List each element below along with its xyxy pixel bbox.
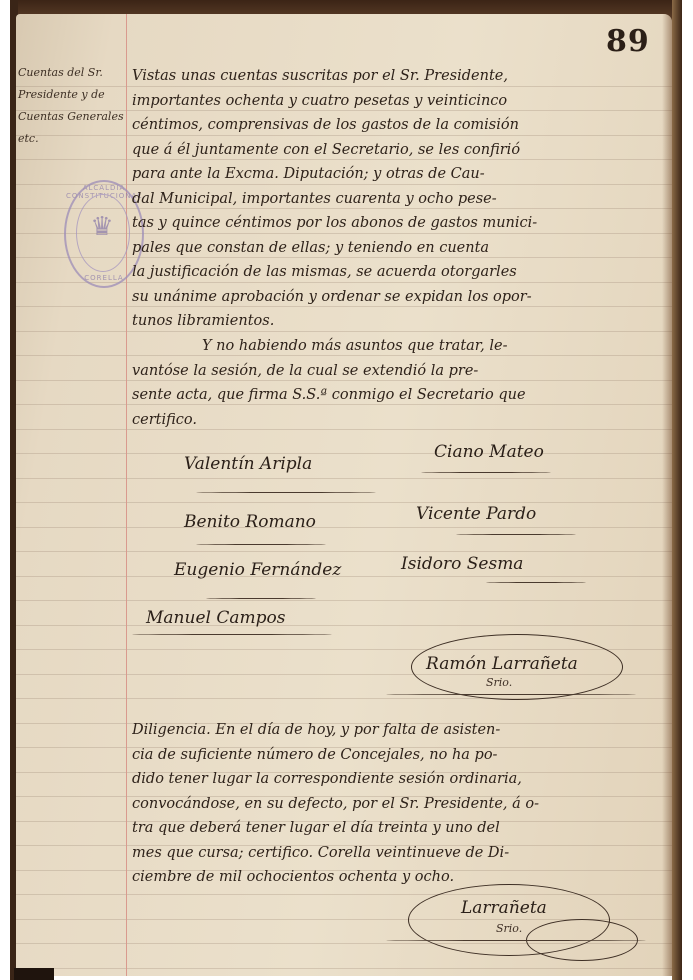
text-line: Vistas unas cuentas suscritas por el Sr.…: [132, 64, 666, 89]
text-line: convocándose, en su defecto, por el Sr. …: [132, 792, 666, 817]
book-edge-right: [672, 0, 682, 980]
signature-manuel-campos: Manuel Campos: [146, 608, 285, 628]
text-line: la justificación de las mismas, se acuer…: [132, 260, 666, 285]
text-line: importantes ochenta y cuatro pesetas y v…: [132, 89, 666, 114]
ruled-line: [16, 502, 672, 503]
signature-flourish: [486, 582, 586, 583]
signature-larraneta: Larrañeta: [461, 898, 547, 918]
signature-flourish: [386, 940, 646, 941]
signature-vicente-pardo: Vicente Pardo: [416, 504, 536, 524]
coat-of-arms-icon: ♛: [86, 204, 118, 250]
text-line: tra que deberá tener lugar el día treint…: [132, 816, 666, 841]
text-line: cia de suficiente número de Concejales, …: [132, 743, 666, 768]
ruled-line: [16, 625, 672, 626]
text-line: mes que cursa; certifico. Corella veinti…: [132, 841, 666, 866]
text-line: dal Municipal, importantes cuarenta y oc…: [132, 187, 666, 212]
folio-number: 89: [606, 24, 650, 59]
signature-eugenio-fernandez: Eugenio Fernández: [174, 560, 341, 580]
text-line: Y no habiendo más asuntos que tratar, le…: [132, 334, 666, 359]
text-line: tas y quince céntimos por los abonos de …: [132, 211, 666, 236]
signature-flourish: [196, 544, 326, 545]
signature-flourish: [456, 534, 576, 535]
book-cover-bottom: [14, 968, 54, 980]
stamp-bottom-text: CORELLA: [66, 274, 142, 282]
text-line: certifico.: [132, 408, 666, 433]
signature-ramon-larraneta: Ramón Larrañeta: [426, 654, 578, 674]
text-line: pales que constan de ellas; y teniendo e…: [132, 236, 666, 261]
signature-flourish: [206, 598, 316, 599]
text-line: Diligencia. En el día de hoy, y por falt…: [132, 718, 666, 743]
ruled-line: [16, 527, 672, 528]
paragraph-diligencia: Diligencia. En el día de hoy, y por falt…: [132, 718, 666, 890]
signature-flourish: [196, 492, 376, 493]
text-line: su unánime aprobación y ordenar se expid…: [132, 285, 666, 310]
signature-title: Srio.: [486, 676, 512, 689]
signature-flourish: [386, 694, 636, 695]
margin-annotation: Cuentas del Sr. Presidente y de Cuentas …: [18, 62, 124, 150]
signature-isidoro-sesma: Isidoro Sesma: [401, 554, 523, 574]
ruled-line: [16, 698, 672, 699]
text-line: que á él juntamente con el Secretario, s…: [132, 138, 666, 163]
text-line: sente acta, que firma S.S.ª conmigo el S…: [132, 383, 666, 408]
margin-note-line: Cuentas Generales: [18, 106, 124, 128]
ruled-line: [16, 551, 672, 552]
signature-benito-romano: Benito Romano: [184, 512, 316, 532]
text-line: para ante la Excma. Diputación; y otras …: [132, 162, 666, 187]
text-line: céntimos, comprensivas de los gastos de …: [132, 113, 666, 138]
paragraph-accounts: Vistas unas cuentas suscritas por el Sr.…: [132, 64, 666, 334]
signature-flourish: [132, 634, 332, 635]
text-line: ciembre de mil ochocientos ochenta y och…: [132, 865, 666, 890]
ruled-line: [16, 453, 672, 454]
ruled-line: [16, 478, 672, 479]
ledger-page: 89 Cuentas del Sr. Presidente y de Cuent…: [16, 14, 672, 976]
ruled-line: [16, 600, 672, 601]
signature-title: Srio.: [496, 922, 522, 935]
signature-flourish: [421, 472, 551, 473]
text-line: tunos libramientos.: [132, 309, 666, 334]
margin-note-line: Presidente y de: [18, 84, 124, 106]
ruled-line: [16, 968, 672, 969]
ruled-line: [16, 576, 672, 577]
margin-note-line: etc.: [18, 128, 124, 150]
text-line: dido tener lugar la correspondiente sesi…: [132, 767, 666, 792]
paragraph-closing: Y no habiendo más asuntos que tratar, le…: [132, 334, 666, 432]
red-margin-line: [126, 14, 127, 976]
text-line: vantóse la sesión, de la cual se extendi…: [132, 359, 666, 384]
signature-ciano-mateo: Ciano Mateo: [434, 442, 544, 462]
margin-note-line: Cuentas del Sr.: [18, 62, 124, 84]
signature-valentin-aripla: Valentín Aripla: [184, 454, 312, 474]
